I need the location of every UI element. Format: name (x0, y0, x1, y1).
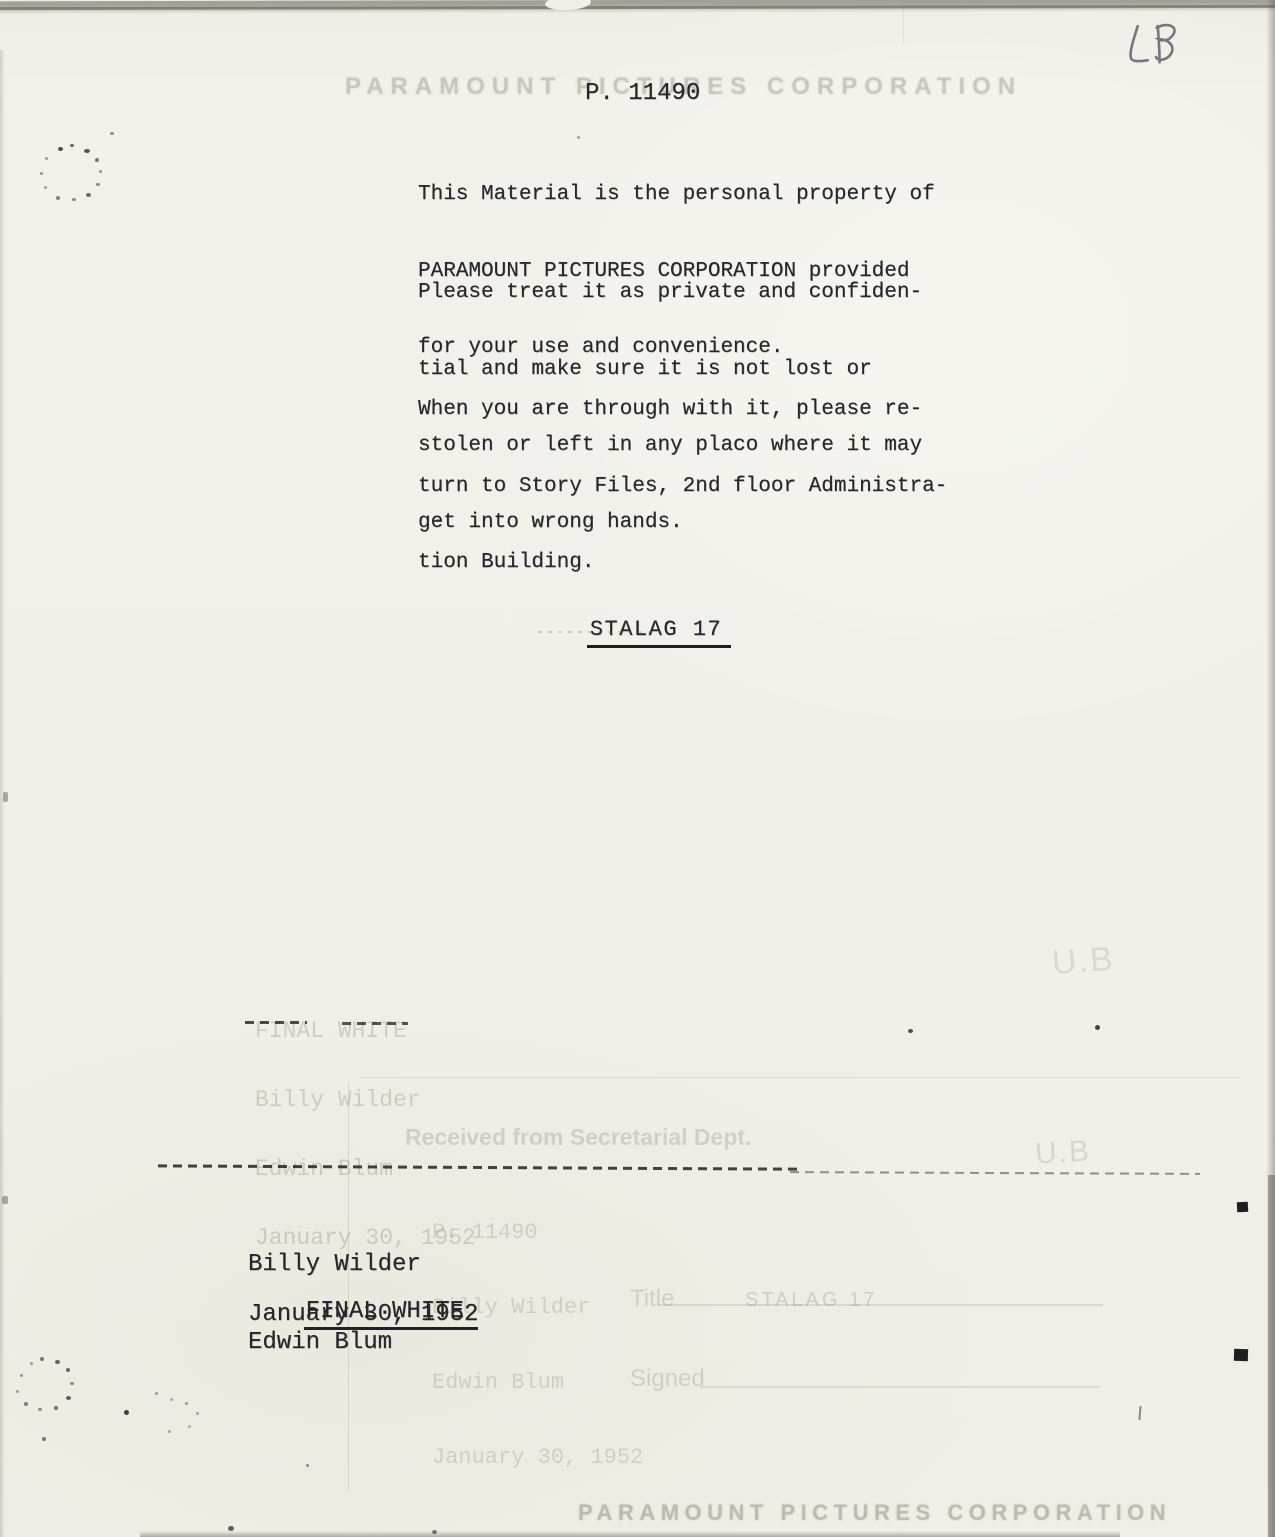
ink-speck (58, 147, 63, 151)
ink-speck (228, 1526, 234, 1531)
bleedthrough-title-value: STALAG 17 (745, 1289, 877, 1312)
ink-speck (196, 1412, 199, 1415)
bleedthrough-stamp-mark: U.B (1051, 940, 1116, 983)
ink-speck (124, 1410, 129, 1415)
notice-line: When you are through with it, please re- (418, 397, 947, 423)
ink-speck (188, 1425, 191, 1428)
ink-speck (432, 1530, 437, 1534)
ink-speck (16, 1390, 19, 1393)
bleedthrough-stamp-mark: U.B (1034, 1135, 1092, 1172)
ink-speck (168, 1430, 171, 1433)
ink-speck (577, 136, 580, 139)
ink-speck (185, 1402, 188, 1405)
bleedthrough-line: Edwin Blum (432, 1370, 643, 1395)
ink-speck (110, 132, 114, 135)
ink-speck (70, 144, 74, 147)
paper-edge-right-lower (1268, 1175, 1275, 1537)
ink-speck (84, 149, 90, 153)
ink-speck (908, 1029, 913, 1033)
ink-speck (170, 1398, 173, 1401)
ink-speck (99, 170, 102, 173)
ink-speck (95, 158, 99, 162)
bleedthrough-footer-text: PARAMOUNT PICTURES CORPORATION (578, 1500, 1171, 1526)
ink-speck (44, 186, 47, 189)
ink-speck (306, 1464, 309, 1467)
bleedthrough-title-label: Title (630, 1285, 674, 1313)
ink-speck (86, 193, 91, 197)
binding-mark (1234, 1349, 1248, 1361)
bleedthrough-line: P. 11490 (432, 1220, 643, 1245)
ink-speck (436, 519, 440, 522)
paper-crease-top (903, 2, 904, 44)
ink-speck (40, 1357, 44, 1361)
ink-speck (155, 1392, 158, 1395)
notice-line: This Material is the personal property o… (418, 182, 935, 208)
edge-smudge (3, 792, 8, 802)
fold-line-long-right (790, 1171, 1200, 1175)
scanned-script-cover-page: PARAMOUNT PICTURES CORPORATION P. 11490 … (0, 0, 1275, 1537)
notice-paragraph-3: When you are through with it, please re-… (418, 346, 947, 627)
ink-speck (54, 1406, 58, 1410)
bleedthrough-line: January 30, 1952 (432, 1445, 643, 1470)
draft-date: January 30, 1952 (248, 1301, 478, 1328)
ink-speck (40, 172, 43, 175)
handwritten-initials-note (1120, 13, 1195, 79)
ink-speck (45, 157, 48, 160)
notice-line: tion Building. (418, 550, 947, 576)
ink-speck (56, 196, 60, 200)
ink-speck (96, 183, 100, 186)
ink-speck (66, 1396, 71, 1400)
document-number: P. 11490 (585, 80, 700, 107)
pencil-initials-lb-icon (1120, 13, 1195, 79)
fold-line-dash (342, 1022, 408, 1025)
ink-speck (70, 1382, 74, 1385)
pencil-tick-mark (1138, 1406, 1141, 1420)
binding-mark (1237, 1202, 1249, 1213)
ink-speck (72, 198, 76, 201)
ink-speck (38, 1408, 42, 1411)
notice-line: turn to Story Files, 2nd floor Administr… (418, 474, 947, 500)
edge-smudge (2, 1196, 8, 1204)
bleedthrough-receipt-heading: Received from Secretarial Dept. (405, 1124, 751, 1151)
bleedthrough-line: Billy Wilder (255, 1089, 476, 1112)
paper-edge-bottom (140, 1531, 1120, 1537)
ink-speck (24, 1402, 28, 1406)
ghost-underline-remnant (538, 631, 663, 633)
ghost-form-line-horizontal (360, 1077, 1240, 1078)
ink-speck (30, 1362, 33, 1365)
ink-speck (66, 1368, 70, 1372)
ink-speck (55, 1360, 60, 1364)
ghost-title-underline (658, 1304, 1103, 1306)
ink-speck (20, 1374, 23, 1377)
ink-speck (1095, 1025, 1100, 1030)
ink-speck (42, 1437, 46, 1441)
fold-line-dash (245, 1021, 307, 1024)
notice-line: Please treat it as private and confiden- (418, 280, 922, 306)
ghost-signed-underline (700, 1386, 1100, 1388)
bleedthrough-signed-label: Signed (630, 1365, 705, 1393)
